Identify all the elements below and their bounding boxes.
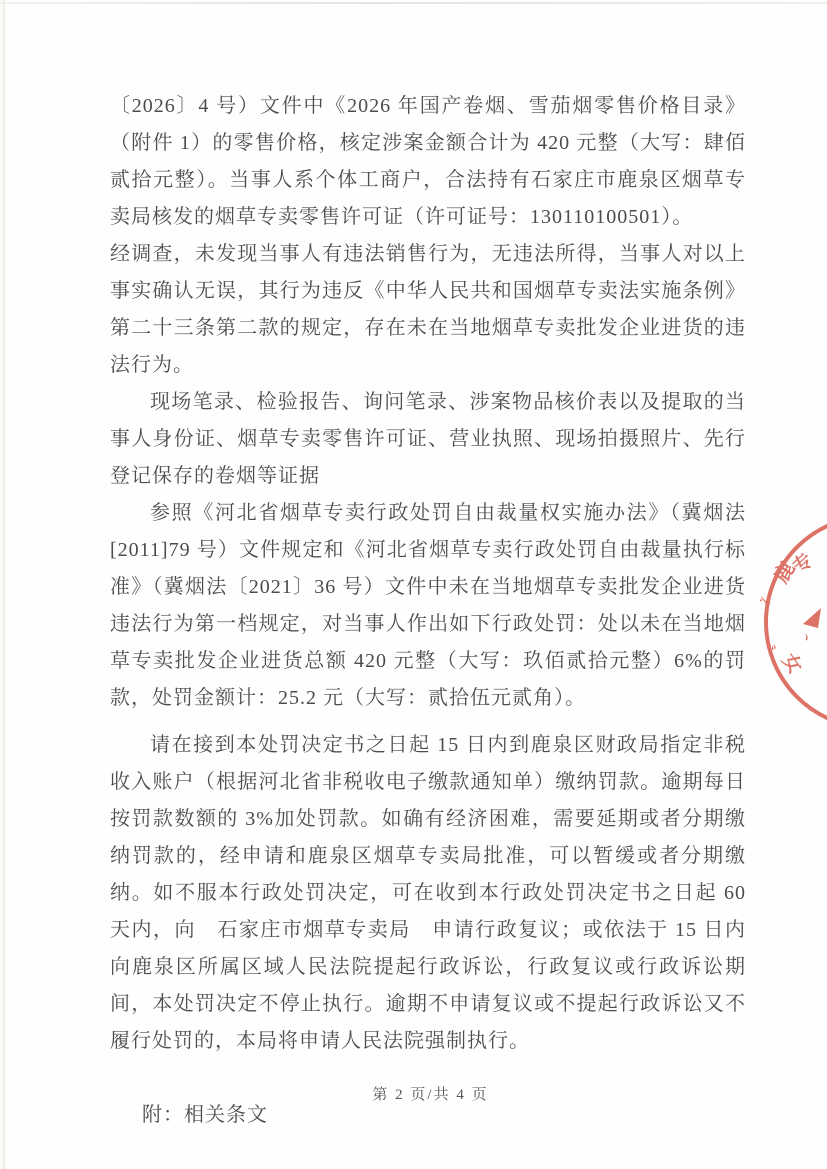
document-body: 〔2026〕4 号）文件中《2026 年国产卷烟、雪茄烟零售价格目录》（附件 1… bbox=[110, 88, 746, 1134]
scanned-document-page: 〔2026〕4 号）文件中《2026 年国产卷烟、雪茄烟零售价格目录》（附件 1… bbox=[0, 0, 827, 1169]
scan-edge-top-line bbox=[0, 2, 827, 4]
seal-char: 冫 bbox=[760, 591, 775, 607]
scan-edge-left-line bbox=[3, 0, 5, 1169]
paragraph-investigation-finding: 经调查，未发现当事人有违法销售行为，无违法所得，当事人对以上事实确认无误，其行为… bbox=[110, 236, 746, 384]
seal-char: 丶 bbox=[796, 629, 814, 647]
paragraph-penalty-decision: 参照《河北省烟草专卖行政处罚自由裁量权实施办法》（冀烟法[2011]79 号）文… bbox=[110, 495, 746, 717]
seal-star-point bbox=[803, 608, 821, 628]
seal-characters: 专鹿冫丶〟女 bbox=[760, 548, 817, 677]
official-seal-stamp: 专鹿冫丶〟女 bbox=[760, 520, 827, 720]
seal-char: 女 bbox=[777, 649, 807, 678]
page-number: 第 2 页/共 4 页 bbox=[17, 1083, 827, 1104]
paragraph-evidence-list: 现场笔录、检验报告、询问笔录、涉案物品核价表以及提取的当事人身份证、烟草专卖零售… bbox=[110, 384, 746, 495]
paragraph-continuation-case-amount: 〔2026〕4 号）文件中《2026 年国产卷烟、雪茄烟零售价格目录》（附件 1… bbox=[110, 88, 746, 236]
paragraph-payment-and-appeal: 请在接到本处罚决定书之日起 15 日内到鹿泉区财政局指定非税收入账户（根据河北省… bbox=[110, 727, 746, 1060]
